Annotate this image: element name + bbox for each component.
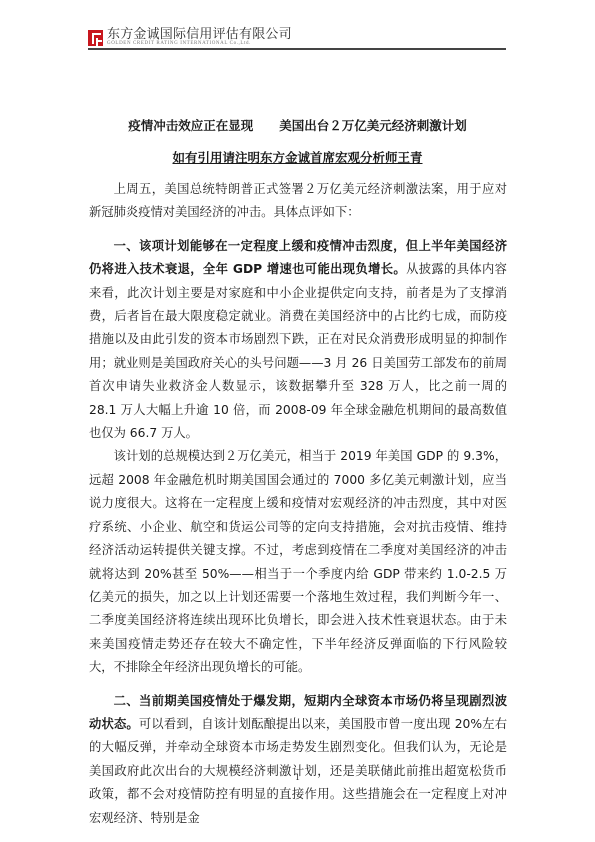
document-body: 上周五，美国总统特朗普正式签署２万亿美元经济刺激法案，用于应对新冠肺炎疫情对美国… [89, 178, 507, 830]
page-number: 1 [0, 772, 595, 782]
company-logo-icon [88, 30, 103, 46]
page-header: 东方金诚国际信用评估有限公司 GOLDEN CREDIT RATING INTE… [88, 28, 506, 50]
paragraph-text: 可以看到，自该计划酝酿提出以来，美国股市曾一度出现 20%左右的大幅反弹，并牵动… [89, 717, 507, 825]
paragraph-text: 上周五，美国总统特朗普正式签署２万亿美元经济刺激法案，用于应对新冠肺炎疫情对美国… [89, 182, 507, 219]
paragraph-intro: 上周五，美国总统特朗普正式签署２万亿美元经济刺激法案，用于应对新冠肺炎疫情对美国… [89, 178, 507, 225]
company-name-cn: 东方金诚国际信用评估有限公司 [107, 28, 292, 42]
document-title: 疫情冲击效应正在显现 美国出台２万亿美元经济刺激计划 [0, 116, 595, 134]
paragraph-point-one: 一、该项计划能够在一定程度上缓和疫情冲击烈度，但上半年美国经济仍将进入技术衰退，… [89, 235, 507, 446]
paragraph-point-two: 二、当前期美国疫情处于爆发期，短期内全球资本市场仍将呈现剧烈波动状态。可以看到，… [89, 690, 507, 830]
company-name-en: GOLDEN CREDIT RATING INTERNATIONAL Co.,L… [107, 41, 251, 47]
paragraph-text: 该计划的总规模达到２万亿美元，相当于 2019 年美国 GDP 的 9.3%，远… [89, 449, 507, 674]
paragraph-plan-scale: 该计划的总规模达到２万亿美元，相当于 2019 年美国 GDP 的 9.3%，远… [89, 445, 507, 679]
document-subtitle: 如有引用请注明东方金诚首席宏观分析师王青 [0, 148, 595, 166]
header-divider [88, 48, 506, 50]
paragraph-text: 从披露的具体内容来看，此次计划主要是对家庭和中小企业提供定向支持，前者是为了支撑… [89, 262, 507, 440]
